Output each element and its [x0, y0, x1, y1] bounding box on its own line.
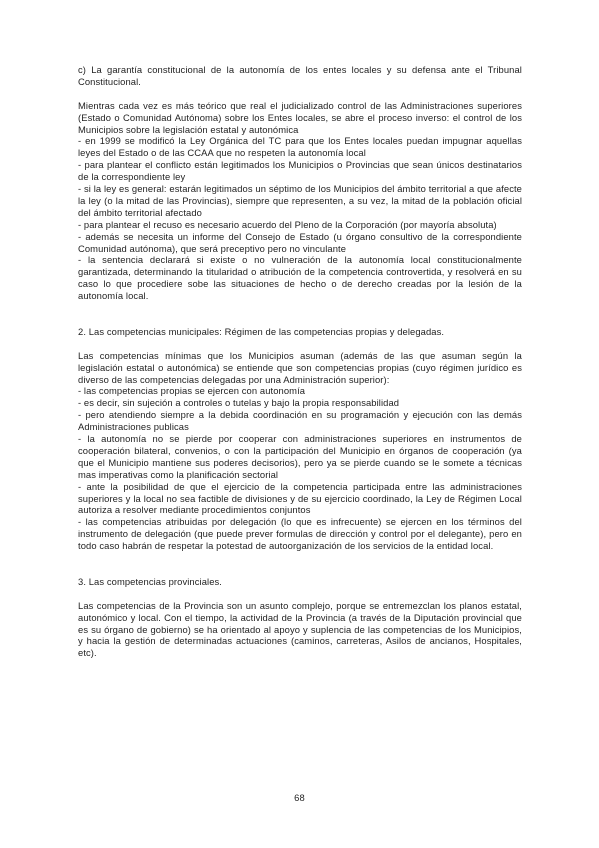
list-item: - para plantear el recuso es necesario a…	[78, 219, 522, 231]
section-heading: 2. Las competencias municipales: Régimen…	[78, 326, 522, 338]
list-item: - las competencias propias se ejercen co…	[78, 385, 522, 397]
list-item: - es decir, sin sujeción a controles o t…	[78, 397, 522, 409]
list-item: - las competencias atribuidas por delega…	[78, 516, 522, 552]
paragraph: Las competencias de la Provincia son un …	[78, 600, 522, 660]
list-item: - ante la posibilidad de que el ejercici…	[78, 481, 522, 517]
list-item: - además se necesita un informe del Cons…	[78, 231, 522, 255]
list-item: - la sentencia declarará si existe o no …	[78, 254, 522, 302]
list-item: - en 1999 se modificó la Ley Orgánica de…	[78, 135, 522, 159]
document-page: c) La garantía constitucional de la auto…	[0, 0, 599, 848]
paragraph: Mientras cada vez es más teórico que rea…	[78, 100, 522, 136]
list-item: - la autonomía no se pierde por cooperar…	[78, 433, 522, 481]
list-item: - pero atendiendo siempre a la debida co…	[78, 409, 522, 433]
page-number: 68	[0, 792, 599, 804]
section-heading: 3. Las competencias provinciales.	[78, 576, 522, 588]
paragraph: c) La garantía constitucional de la auto…	[78, 64, 522, 88]
list-item: - para plantear el conflicto están legit…	[78, 159, 522, 183]
paragraph: Las competencias mínimas que los Municip…	[78, 350, 522, 386]
list-item: - si la ley es general: estarán legitima…	[78, 183, 522, 219]
document-content: c) La garantía constitucional de la auto…	[78, 64, 522, 659]
